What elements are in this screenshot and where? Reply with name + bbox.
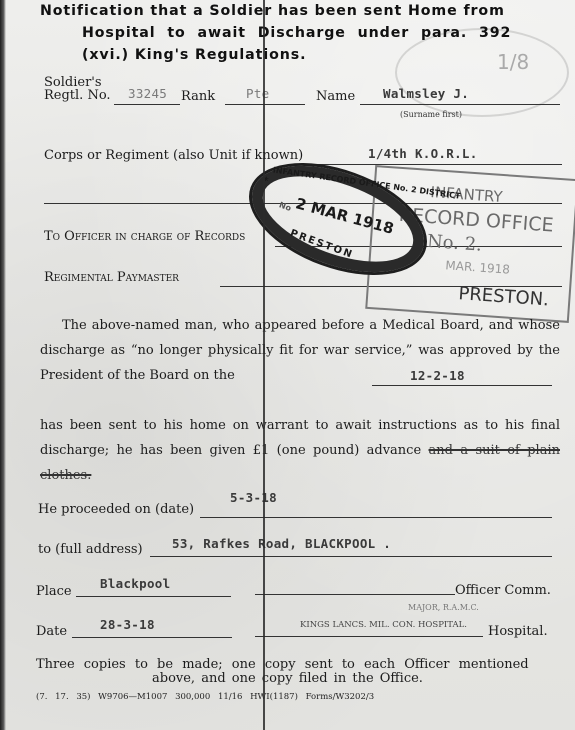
regtl-no-value[interactable]: 33245 bbox=[128, 86, 167, 101]
body-paragraph-1: The above-named man, who appeared before… bbox=[40, 313, 560, 388]
rank-value[interactable]: Pte bbox=[246, 86, 269, 101]
hospital-underline bbox=[255, 636, 483, 637]
box-stamp-line-3: No. 2. bbox=[426, 231, 482, 256]
name-value[interactable]: Walmsley J. bbox=[383, 86, 469, 101]
proceeded-value[interactable]: 5-3-18 bbox=[230, 490, 277, 505]
title-line-1: Notification that a Soldier has been sen… bbox=[40, 0, 570, 22]
hospital-value[interactable]: KINGS LANCS. MIL. CON. HOSPITAL. bbox=[300, 620, 467, 630]
document-page: 1/8 Notification that a Soldier has been… bbox=[0, 0, 575, 730]
scan-edge bbox=[0, 0, 6, 730]
body-text-start: The above-named man, who appeared before… bbox=[40, 318, 560, 383]
regtl-no-label-2: Regtl. No. bbox=[44, 89, 111, 102]
rank-underline bbox=[225, 104, 305, 105]
corps-value[interactable]: 1/4th K.O.R.L. bbox=[368, 146, 478, 161]
proceeded-underline bbox=[200, 517, 552, 518]
place-value[interactable]: Blackpool bbox=[100, 576, 170, 591]
name-underline bbox=[360, 104, 560, 105]
name-label: Name bbox=[316, 89, 355, 104]
instructions-line-2: above, and one copy filed in the Office. bbox=[152, 671, 423, 686]
officer-signature-line bbox=[255, 594, 455, 595]
corps-underline bbox=[315, 164, 562, 165]
rank-label: Rank bbox=[181, 89, 215, 104]
place-underline bbox=[76, 596, 231, 597]
proceeded-label: He proceeded on (date) bbox=[38, 502, 194, 517]
oval-stamp-no: No bbox=[278, 200, 293, 213]
fold-crease bbox=[263, 0, 265, 730]
board-date-value[interactable]: 12-2-18 bbox=[410, 368, 465, 383]
form-print-code: (7. 17. 35) W9706—M1007 300,000 11/16 HW… bbox=[36, 692, 374, 702]
address-underline bbox=[150, 556, 552, 557]
paymaster-label: Regimental Paymaster bbox=[44, 270, 179, 285]
place-label: Place bbox=[36, 584, 72, 599]
hospital-label: Hospital. bbox=[488, 624, 548, 639]
body-paragraph-2: has been sent to his home on warrant to … bbox=[40, 413, 560, 488]
regtl-no-underline bbox=[114, 104, 180, 105]
form-title: Notification that a Soldier has been sen… bbox=[40, 0, 570, 66]
board-date-underline bbox=[372, 385, 552, 386]
officer-comm-label: Officer Comm. bbox=[455, 583, 551, 598]
title-line-2: Hospital to await Discharge under para. … bbox=[40, 22, 570, 44]
address-value[interactable]: 53, Rafkes Road, BLACKPOOL . bbox=[172, 536, 391, 551]
to-officer-label: To Officer in charge of Records bbox=[44, 229, 245, 244]
title-line-3: (xvi.) King's Regulations. bbox=[40, 44, 570, 66]
date-value[interactable]: 28-3-18 bbox=[100, 617, 155, 632]
name-hint: (Surname first) bbox=[400, 110, 462, 119]
officer-title-stamp: MAJOR, R.A.M.C. bbox=[408, 603, 479, 612]
date-underline bbox=[72, 637, 232, 638]
date-label: Date bbox=[36, 624, 67, 639]
oval-stamp-date: 2 MAR 1918 bbox=[294, 194, 396, 237]
address-label: to (full address) bbox=[38, 542, 143, 557]
box-stamp-line-4: MAR. 1918 bbox=[445, 258, 510, 276]
box-stamp-line-5: PRESTON. bbox=[458, 283, 550, 310]
oval-stamp-bottom-text: PRESTON bbox=[288, 228, 355, 261]
instructions-line-1: Three copies to be made; one copy sent t… bbox=[36, 657, 529, 672]
